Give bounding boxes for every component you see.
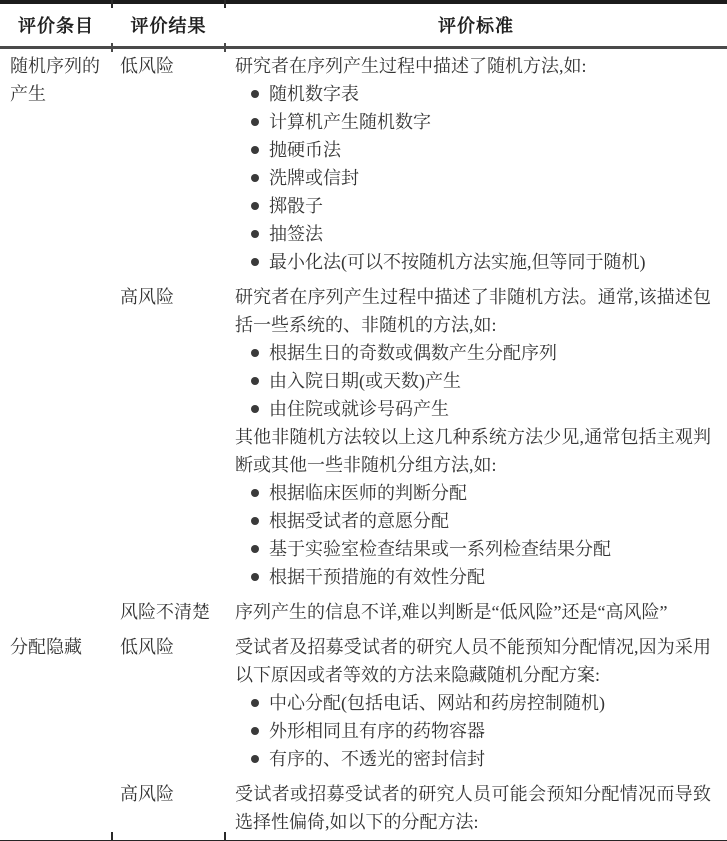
bullet-text: 最小化法(可以不按随机方法实施,但等同于随机)	[269, 248, 646, 276]
bullet-item: 中心分配(包括电话、网站和药房控制随机)	[251, 689, 711, 717]
header-col-result: 评价结果	[112, 2, 225, 48]
header-col-item: 评价条目	[0, 2, 112, 48]
bullet-item: 由入院日期(或天数)产生	[251, 367, 711, 395]
header-row: 评价条目 评价结果 评价标准	[0, 2, 727, 48]
bullet-list: 根据生日的奇数或偶数产生分配序列由入院日期(或天数)产生由住院或就诊号码产生	[235, 339, 711, 423]
bullet-item: 根据生日的奇数或偶数产生分配序列	[251, 339, 711, 367]
table-body: 随机序列的产生低风险研究者在序列产生过程中描述了随机方法,如:随机数字表计算机产…	[0, 48, 727, 841]
bullet-icon	[251, 517, 259, 525]
result-cell: 低风险	[112, 48, 225, 281]
bullet-text: 掷骰子	[269, 192, 323, 220]
bullet-icon	[251, 174, 259, 182]
table-header: 评价条目 评价结果 评价标准	[0, 2, 727, 48]
bullet-icon	[251, 545, 259, 553]
bullet-icon	[251, 755, 259, 763]
bullet-item: 根据临床医师的判断分配	[251, 479, 711, 507]
result-label: 高风险	[120, 287, 174, 307]
table-row: 随机序列的产生低风险研究者在序列产生过程中描述了随机方法,如:随机数字表计算机产…	[0, 48, 727, 281]
bullet-item: 抛硬币法	[251, 136, 711, 164]
bullet-icon	[251, 230, 259, 238]
item-cell: 随机序列的产生	[0, 48, 112, 631]
result-cell: 高风险	[112, 777, 225, 841]
bullet-text: 洗牌或信封	[269, 164, 359, 192]
bullet-text: 根据受试者的意愿分配	[269, 507, 449, 535]
bullet-text: 根据临床医师的判断分配	[269, 479, 467, 507]
criteria-cell: 研究者在序列产生过程中描述了随机方法,如:随机数字表计算机产生随机数字抛硬币法洗…	[225, 48, 727, 281]
bullet-item: 计算机产生随机数字	[251, 108, 711, 136]
assessment-table: 评价条目 评价结果 评价标准 随机序列的产生低风险研究者在序列产生过程中描述了随…	[0, 0, 727, 841]
bullet-icon	[251, 349, 259, 357]
bullet-text: 根据干预措施的有效性分配	[269, 563, 485, 591]
bullet-item: 根据受试者的意愿分配	[251, 507, 711, 535]
bullet-icon	[251, 258, 259, 266]
bullet-item: 根据干预措施的有效性分配	[251, 563, 711, 591]
criteria-text: 序列产生的信息不详,难以判断是“低风险”还是“高风险”	[235, 598, 711, 626]
bullet-icon	[251, 146, 259, 154]
bullet-list: 根据临床医师的判断分配根据受试者的意愿分配基于实验室检查结果或一系列检查结果分配…	[235, 479, 711, 591]
criteria-cell: 受试者或招募受试者的研究人员可能会预知分配情况而导致选择性偏倚,如以下的分配方法…	[225, 777, 727, 841]
bullet-icon	[251, 90, 259, 98]
column-tick	[224, 0, 226, 8]
result-label: 低风险	[120, 637, 174, 657]
bullet-icon	[251, 377, 259, 385]
bullet-text: 中心分配(包括电话、网站和药房控制随机)	[269, 689, 605, 717]
bullet-item: 随机数字表	[251, 80, 711, 108]
bullet-icon	[251, 202, 259, 210]
bullet-item: 掷骰子	[251, 192, 711, 220]
column-tick	[111, 43, 113, 52]
item-label: 分配隐藏	[10, 637, 82, 657]
bullet-text: 由住院或就诊号码产生	[269, 395, 449, 423]
bullet-item: 有序的、不透光的密封信封	[251, 745, 711, 773]
result-label: 高风险	[120, 784, 174, 804]
item-cell: 分配隐藏	[0, 630, 112, 841]
bullet-text: 随机数字表	[269, 80, 359, 108]
bullet-icon	[251, 405, 259, 413]
bullet-item: 外形相同且有序的药物容器	[251, 717, 711, 745]
bullet-list: 中心分配(包括电话、网站和药房控制随机)外形相同且有序的药物容器有序的、不透光的…	[235, 689, 711, 773]
column-tick	[224, 832, 226, 841]
bullet-list: 随机数字表计算机产生随机数字抛硬币法洗牌或信封掷骰子抽签法最小化法(可以不按随机…	[235, 80, 711, 276]
criteria-text: 研究者在序列产生过程中描述了随机方法,如:	[235, 52, 711, 80]
item-label: 随机序列的产生	[10, 56, 100, 104]
bullet-item: 抽签法	[251, 220, 711, 248]
column-tick	[111, 832, 113, 841]
bullet-text: 抛硬币法	[269, 136, 341, 164]
bullet-item: 洗牌或信封	[251, 164, 711, 192]
bullet-text: 计算机产生随机数字	[269, 108, 431, 136]
criteria-cell: 受试者及招募受试者的研究人员不能预知分配情况,因为采用以下原因或者等效的方法来隐…	[225, 630, 727, 777]
bullet-text: 抽签法	[269, 220, 323, 248]
table-row: 分配隐藏低风险受试者及招募受试者的研究人员不能预知分配情况,因为采用以下原因或者…	[0, 630, 727, 777]
column-tick	[111, 0, 113, 8]
criteria-text: 研究者在序列产生过程中描述了非随机方法。通常,该描述包括一些系统的、非随机的方法…	[235, 283, 711, 339]
result-label: 低风险	[120, 56, 174, 76]
bullet-text: 外形相同且有序的药物容器	[269, 717, 485, 745]
criteria-cell: 研究者在序列产生过程中描述了非随机方法。通常,该描述包括一些系统的、非随机的方法…	[225, 280, 727, 595]
document-page: 评价条目 评价结果 评价标准 随机序列的产生低风险研究者在序列产生过程中描述了随…	[0, 0, 727, 841]
bullet-text: 由入院日期(或天数)产生	[269, 367, 461, 395]
bullet-icon	[251, 489, 259, 497]
bullet-item: 最小化法(可以不按随机方法实施,但等同于随机)	[251, 248, 711, 276]
bullet-text: 基于实验室检查结果或一系列检查结果分配	[269, 535, 611, 563]
bullet-icon	[251, 573, 259, 581]
result-cell: 风险不清楚	[112, 595, 225, 630]
column-tick	[224, 43, 226, 52]
bullet-icon	[251, 118, 259, 126]
criteria-text: 受试者或招募受试者的研究人员可能会预知分配情况而导致选择性偏倚,如以下的分配方法…	[235, 780, 711, 836]
criteria-cell: 序列产生的信息不详,难以判断是“低风险”还是“高风险”	[225, 595, 727, 630]
bullet-icon	[251, 727, 259, 735]
bullet-item: 基于实验室检查结果或一系列检查结果分配	[251, 535, 711, 563]
bullet-text: 根据生日的奇数或偶数产生分配序列	[269, 339, 557, 367]
result-cell: 低风险	[112, 630, 225, 777]
criteria-text: 其他非随机方法较以上这几种系统方法少见,通常包括主观判断或其他一些非随机分组方法…	[235, 423, 711, 479]
bullet-text: 有序的、不透光的密封信封	[269, 745, 485, 773]
bullet-icon	[251, 699, 259, 707]
result-label: 风险不清楚	[120, 602, 210, 622]
criteria-text: 受试者及招募受试者的研究人员不能预知分配情况,因为采用以下原因或者等效的方法来隐…	[235, 633, 711, 689]
header-col-criteria: 评价标准	[225, 2, 727, 48]
bullet-item: 由住院或就诊号码产生	[251, 395, 711, 423]
result-cell: 高风险	[112, 280, 225, 595]
